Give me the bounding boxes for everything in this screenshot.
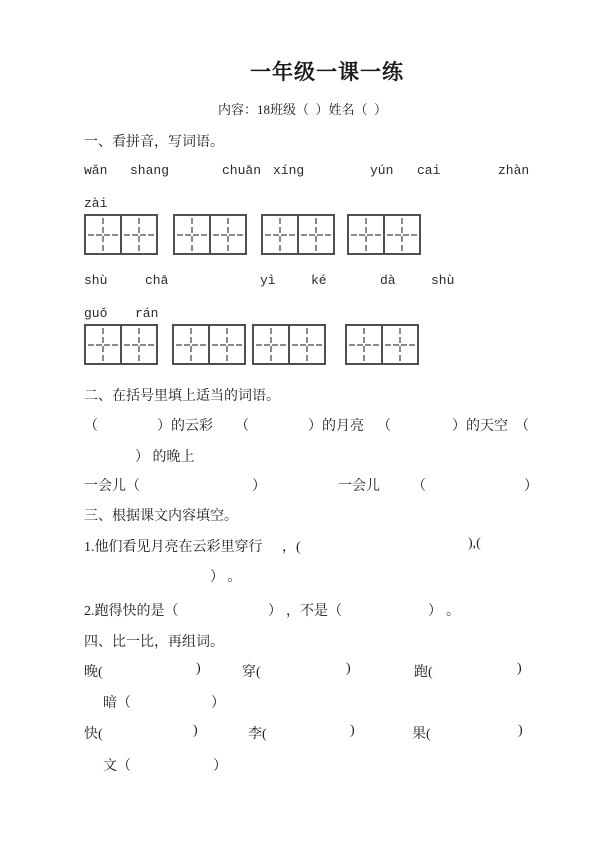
blank-close-paren: ) — [193, 723, 198, 739]
character-writing-box — [173, 214, 211, 255]
character-writing-box — [381, 324, 419, 365]
pinyin-row-1: wǎn shang chuān xíng yún cai zhàn — [0, 163, 596, 181]
page-title: 一年级一课一练 — [250, 56, 404, 86]
character-box-pair — [172, 324, 246, 365]
pinyin-row-3: shù chā yì ké dà shù — [0, 273, 596, 291]
blank-label: 一会儿 — [338, 475, 380, 495]
question-text: ，不是（ — [286, 600, 342, 620]
section2-blanks-line-2: ） 的晚上 — [0, 446, 596, 464]
pinyin-syllable: wǎn — [84, 163, 107, 178]
blank-close-text: ） 的晚上 — [135, 446, 195, 466]
question-text: 1.他们看见月亮在云彩里穿行 — [84, 536, 263, 556]
blank-close-text: ）的云彩 — [157, 415, 213, 435]
section4-row-1: 晚( ) 穿( ) 跑( ) — [0, 661, 596, 679]
blank-open-paren: （ — [515, 415, 529, 435]
compare-word: 文（ — [103, 755, 131, 775]
section1-heading: 一、看拼音，写词语。 — [84, 131, 224, 151]
blank-close-paren: ） — [268, 600, 282, 620]
pinyin-syllable: ké — [311, 273, 327, 288]
pinyin-syllable: dà — [380, 273, 396, 288]
section4-heading: 四、比一比，再组词。 — [84, 631, 224, 651]
compare-word: 快( — [84, 723, 103, 743]
writing-grid-row-2 — [0, 324, 596, 365]
blank-parens: ),( — [468, 536, 481, 552]
section2-blanks-line-1: （ ）的云彩 （ ）的月亮 （ ）的天空 （ — [0, 415, 596, 433]
pinyin-row-2: zài — [0, 196, 596, 214]
compare-word: 跑( — [414, 661, 433, 681]
pinyin-syllable: yì — [260, 273, 276, 288]
character-writing-box — [261, 214, 299, 255]
character-writing-box — [120, 324, 158, 365]
pinyin-syllable: yún — [370, 163, 393, 178]
blank-open-paren: （ — [377, 415, 391, 435]
blank-close-paren: ） — [213, 755, 227, 775]
character-writing-box — [297, 214, 335, 255]
pinyin-syllable: rán — [135, 306, 158, 321]
pinyin-syllable: chā — [145, 273, 168, 288]
blank-close-paren: ） — [524, 475, 538, 495]
section3-question-1: 1.他们看见月亮在云彩里穿行 ，( ),( — [0, 536, 596, 554]
character-box-pair — [345, 324, 419, 365]
blank-open-paren: （ — [412, 475, 426, 495]
section2-heading: 二、在括号里填上适当的词语。 — [84, 385, 280, 405]
character-writing-box — [252, 324, 290, 365]
character-writing-box — [120, 214, 158, 255]
character-writing-box — [172, 324, 210, 365]
section3-question-1-cont: ） 。 — [0, 566, 596, 584]
pinyin-syllable: xíng — [273, 163, 304, 178]
character-writing-box — [209, 214, 247, 255]
period-mark: 。 — [446, 600, 460, 620]
character-writing-box — [288, 324, 326, 365]
blank-close-text: ） 。 — [210, 566, 242, 586]
header-info-line: 内容：18班级（ ）姓名（ ） — [218, 99, 387, 118]
compare-word: 李( — [248, 723, 267, 743]
character-box-pair — [252, 324, 326, 365]
pinyin-syllable: cai — [417, 163, 440, 178]
character-writing-box — [345, 324, 383, 365]
blank-close-paren: ) — [196, 661, 201, 677]
worksheet-page: 一年级一课一练 内容：18班级（ ）姓名（ ） 一、看拼音，写词语。 wǎn s… — [0, 0, 596, 842]
writing-grid-row-1 — [0, 214, 596, 255]
pinyin-row-4: guǒ rán — [0, 306, 596, 324]
section3-question-2: 2.跑得快的是（ ） ，不是（ ） 。 — [0, 600, 596, 618]
blank-close-paren: ） — [211, 692, 225, 712]
character-box-pair — [347, 214, 421, 255]
section4-row-3: 快( ) 李( ) 果( ) — [0, 723, 596, 741]
compare-word: 晚( — [84, 661, 103, 681]
section4-row-2: 暗（ ） — [0, 692, 596, 710]
pinyin-syllable: shù — [431, 273, 454, 288]
blank-close-paren: ) — [517, 661, 522, 677]
pinyin-syllable: zài — [84, 196, 107, 211]
blank-close-paren: ) — [518, 723, 523, 739]
section2-blanks-line-3: 一会儿（ ） 一会儿 （ ） — [0, 475, 596, 493]
character-writing-box — [208, 324, 246, 365]
blank-close-paren: ) — [350, 723, 355, 739]
compare-word: 暗（ — [103, 692, 131, 712]
blank-open-paren: （ — [235, 415, 249, 435]
character-box-pair — [84, 214, 158, 255]
blank-label: 一会儿（ — [84, 475, 140, 495]
section3-heading: 三、根据课文内容填空。 — [84, 505, 238, 525]
pinyin-syllable: guǒ — [84, 306, 107, 321]
blank-close-text: ）的月亮 — [308, 415, 364, 435]
character-writing-box — [84, 214, 122, 255]
compare-word: 穿( — [242, 661, 261, 681]
blank-close-paren: ） — [252, 475, 266, 495]
blank-close-paren: ） — [428, 600, 442, 620]
compare-word: 果( — [412, 723, 431, 743]
character-box-pair — [261, 214, 335, 255]
pinyin-syllable: zhàn — [498, 163, 529, 178]
character-box-pair — [84, 324, 158, 365]
character-writing-box — [347, 214, 385, 255]
pinyin-syllable: shù — [84, 273, 107, 288]
question-text: 2.跑得快的是（ — [84, 600, 179, 620]
blank-close-text: ）的天空 — [452, 415, 508, 435]
character-writing-box — [84, 324, 122, 365]
character-writing-box — [383, 214, 421, 255]
section4-row-4: 文（ ） — [0, 755, 596, 773]
blank-close-paren: ) — [346, 661, 351, 677]
pinyin-syllable: shang — [130, 163, 169, 178]
blank-open-paren: ，( — [282, 536, 301, 556]
character-box-pair — [173, 214, 247, 255]
pinyin-syllable: chuān — [222, 163, 261, 178]
blank-open-paren: （ — [84, 415, 98, 435]
